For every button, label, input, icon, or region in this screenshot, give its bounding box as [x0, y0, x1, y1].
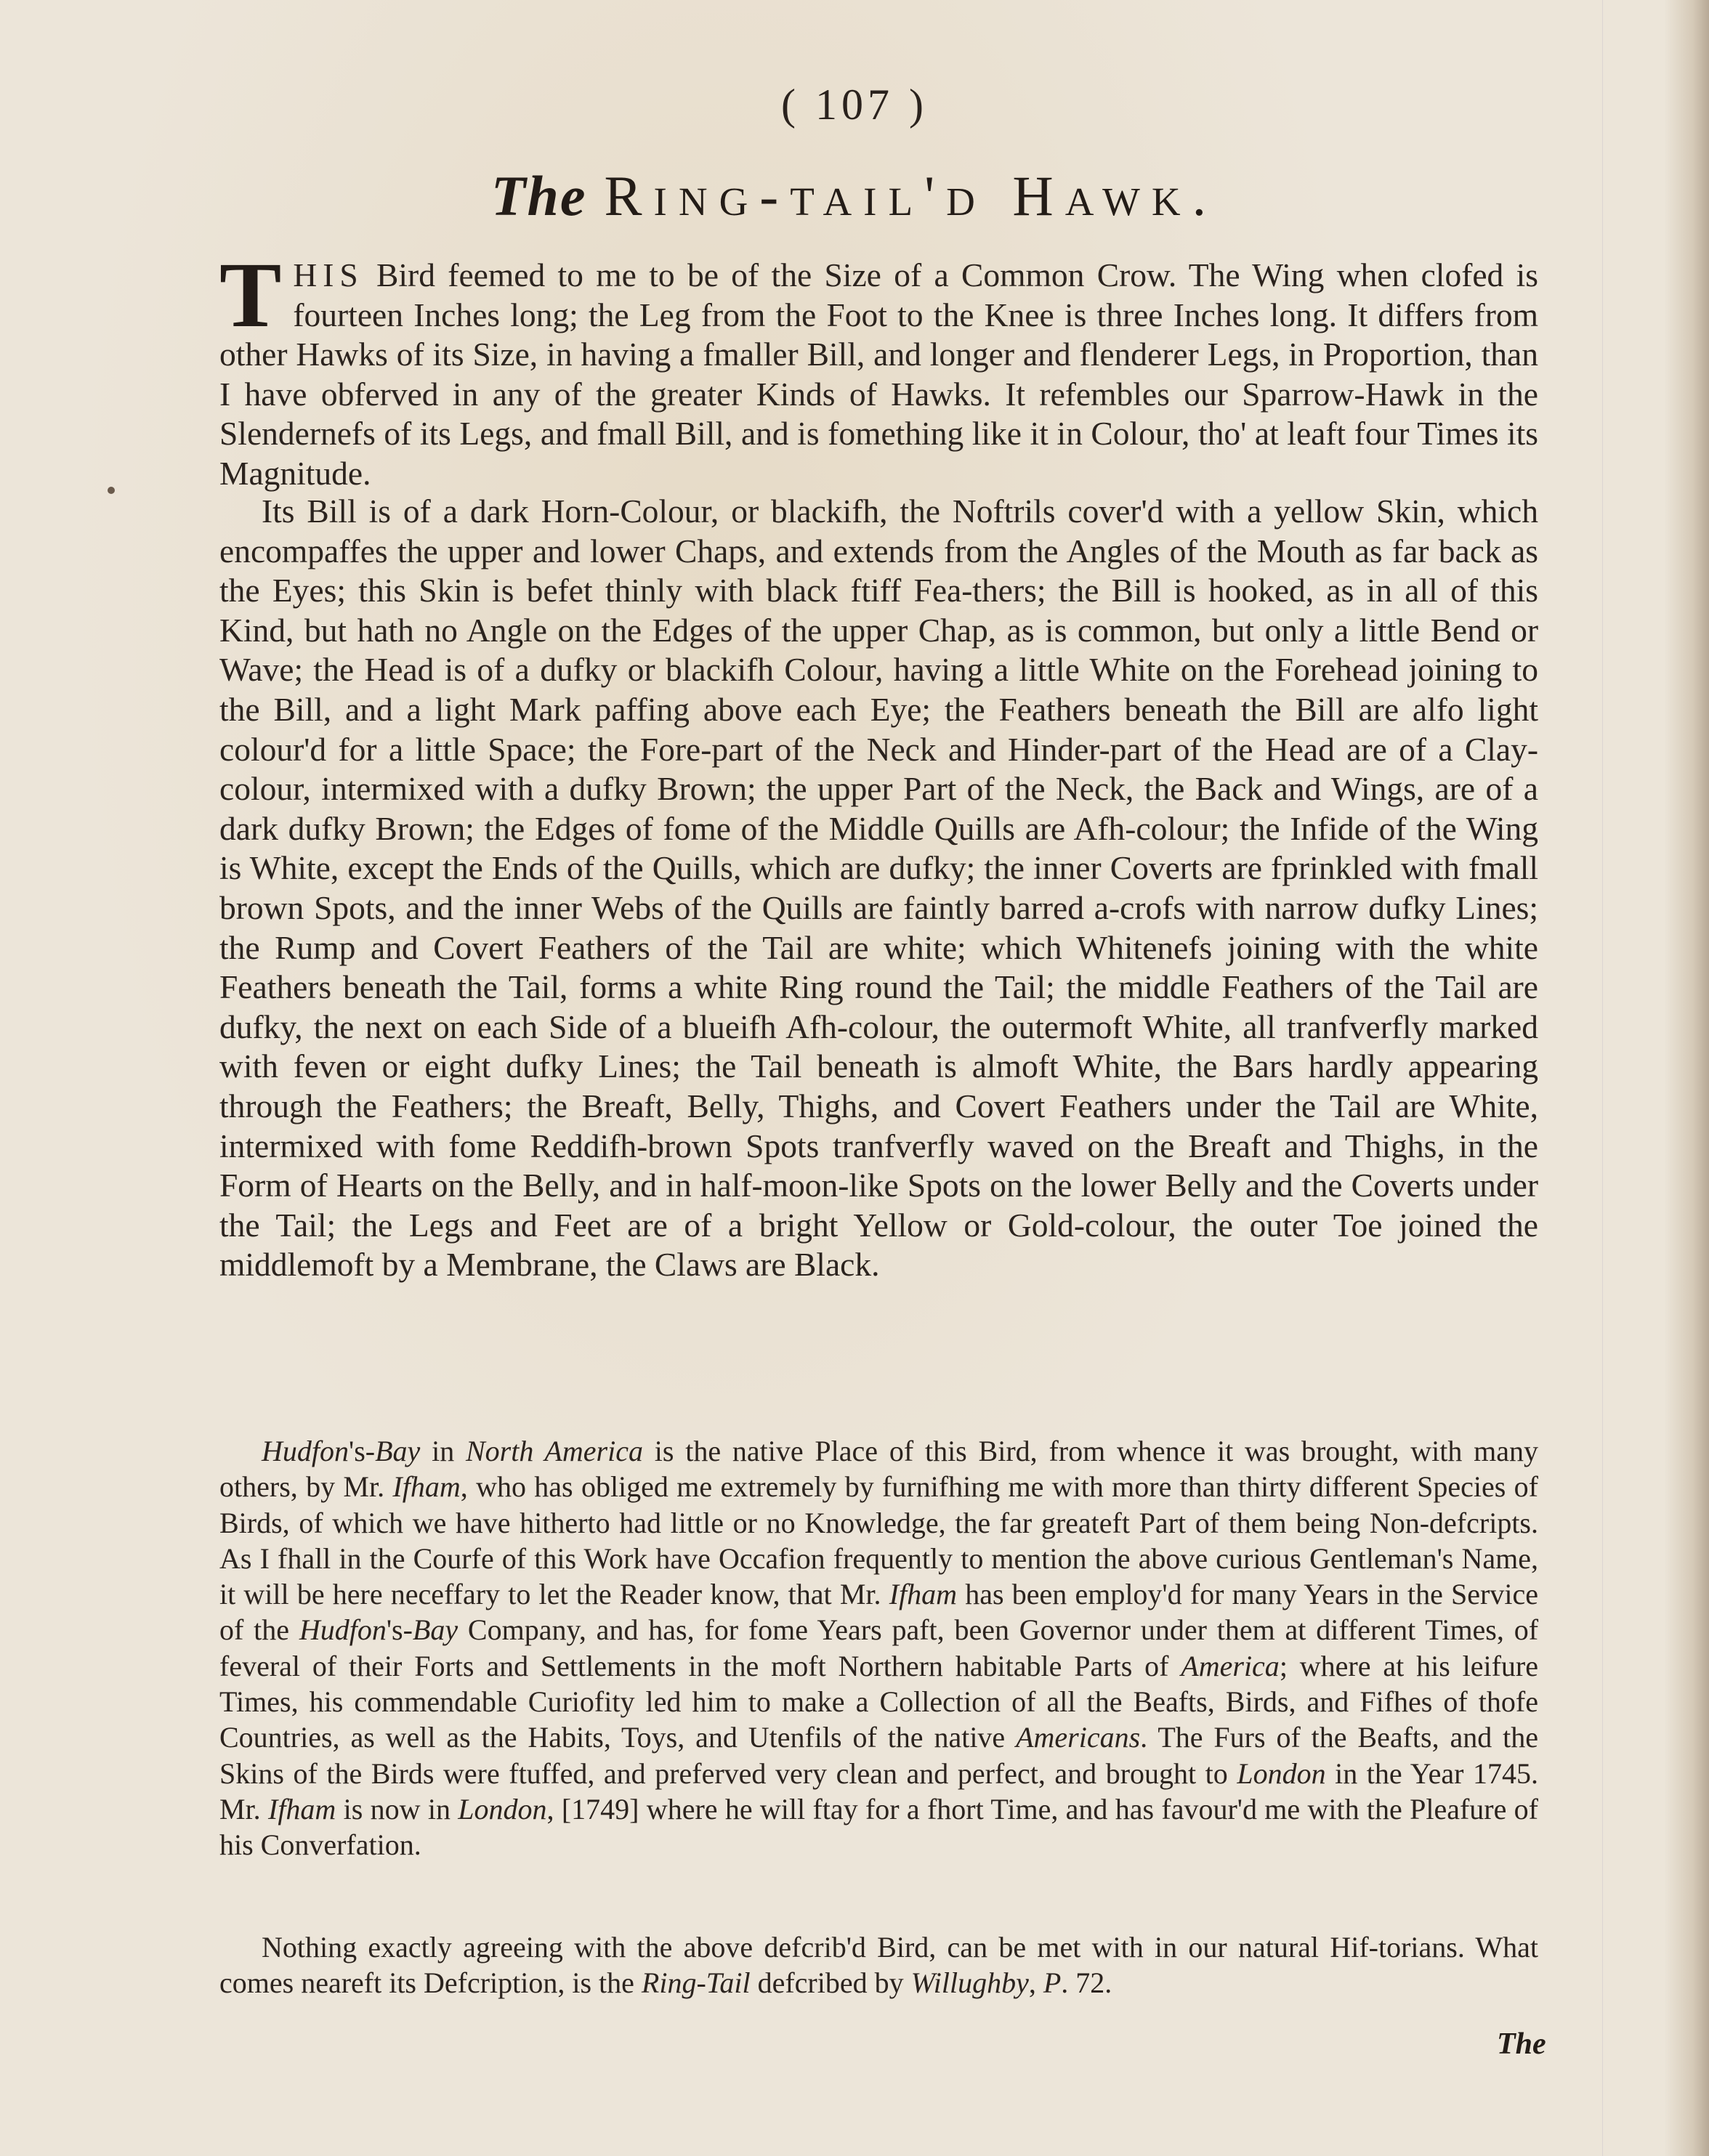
page-title: TheRing-tail'd Hawk.	[0, 163, 1709, 229]
people-name: Americans	[1016, 1721, 1140, 1754]
paragraph-reference: Nothing exactly agreeing with the above …	[219, 1929, 1538, 2001]
place-name: North America	[466, 1435, 643, 1467]
author-name: Willughby	[911, 1966, 1029, 1999]
book-page: ( 107 ) TheRing-tail'd Hawk. THIS Bird f…	[0, 0, 1709, 2156]
drop-cap: T	[219, 259, 281, 331]
text-run: is now in	[336, 1793, 458, 1825]
text-run: 's-	[387, 1613, 413, 1646]
lead-word: HIS	[293, 256, 363, 293]
place-name: Hudfon	[262, 1435, 349, 1467]
place-name: Hudfon	[299, 1613, 387, 1646]
paragraph-plumage-description: Its Bill is of a dark Horn-Colour, or bl…	[219, 492, 1538, 1285]
page-number: ( 107 )	[0, 80, 1709, 130]
place-name: America	[1181, 1650, 1280, 1682]
page-ref: P	[1043, 1966, 1061, 1999]
person-name: Ifham	[392, 1470, 460, 1503]
person-name: Ifham	[268, 1793, 336, 1825]
place-name: London	[458, 1793, 546, 1825]
catchword: The	[1497, 2027, 1546, 2062]
place-name: Bay	[413, 1613, 458, 1646]
bird-name: Ring-Tail	[642, 1966, 751, 1999]
title-main: Ring-tail'd Hawk.	[605, 164, 1219, 227]
ink-speck	[108, 487, 115, 494]
place-name: Bay	[375, 1435, 420, 1467]
paragraph-text: Bird feemed to me to be of the Size of a…	[219, 256, 1538, 492]
text-run: ,	[1029, 1966, 1043, 1999]
title-prefix: The	[491, 164, 587, 227]
paragraph-description-intro: THIS Bird feemed to me to be of the Size…	[219, 256, 1538, 494]
paragraph-text: Its Bill is of a dark Horn-Colour, or bl…	[219, 492, 1538, 1285]
scan-artifact-line	[1602, 0, 1603, 2156]
person-name: Ifham	[889, 1578, 957, 1610]
text-run: in	[420, 1435, 466, 1467]
text-run: defcribed by	[751, 1966, 911, 1999]
text-run: 's-	[349, 1435, 375, 1467]
paragraph-origin-isham: Hudfon's-Bay in North America is the nat…	[219, 1433, 1538, 1863]
place-name: London	[1237, 1757, 1325, 1790]
text-run: . 72.	[1061, 1966, 1112, 1999]
